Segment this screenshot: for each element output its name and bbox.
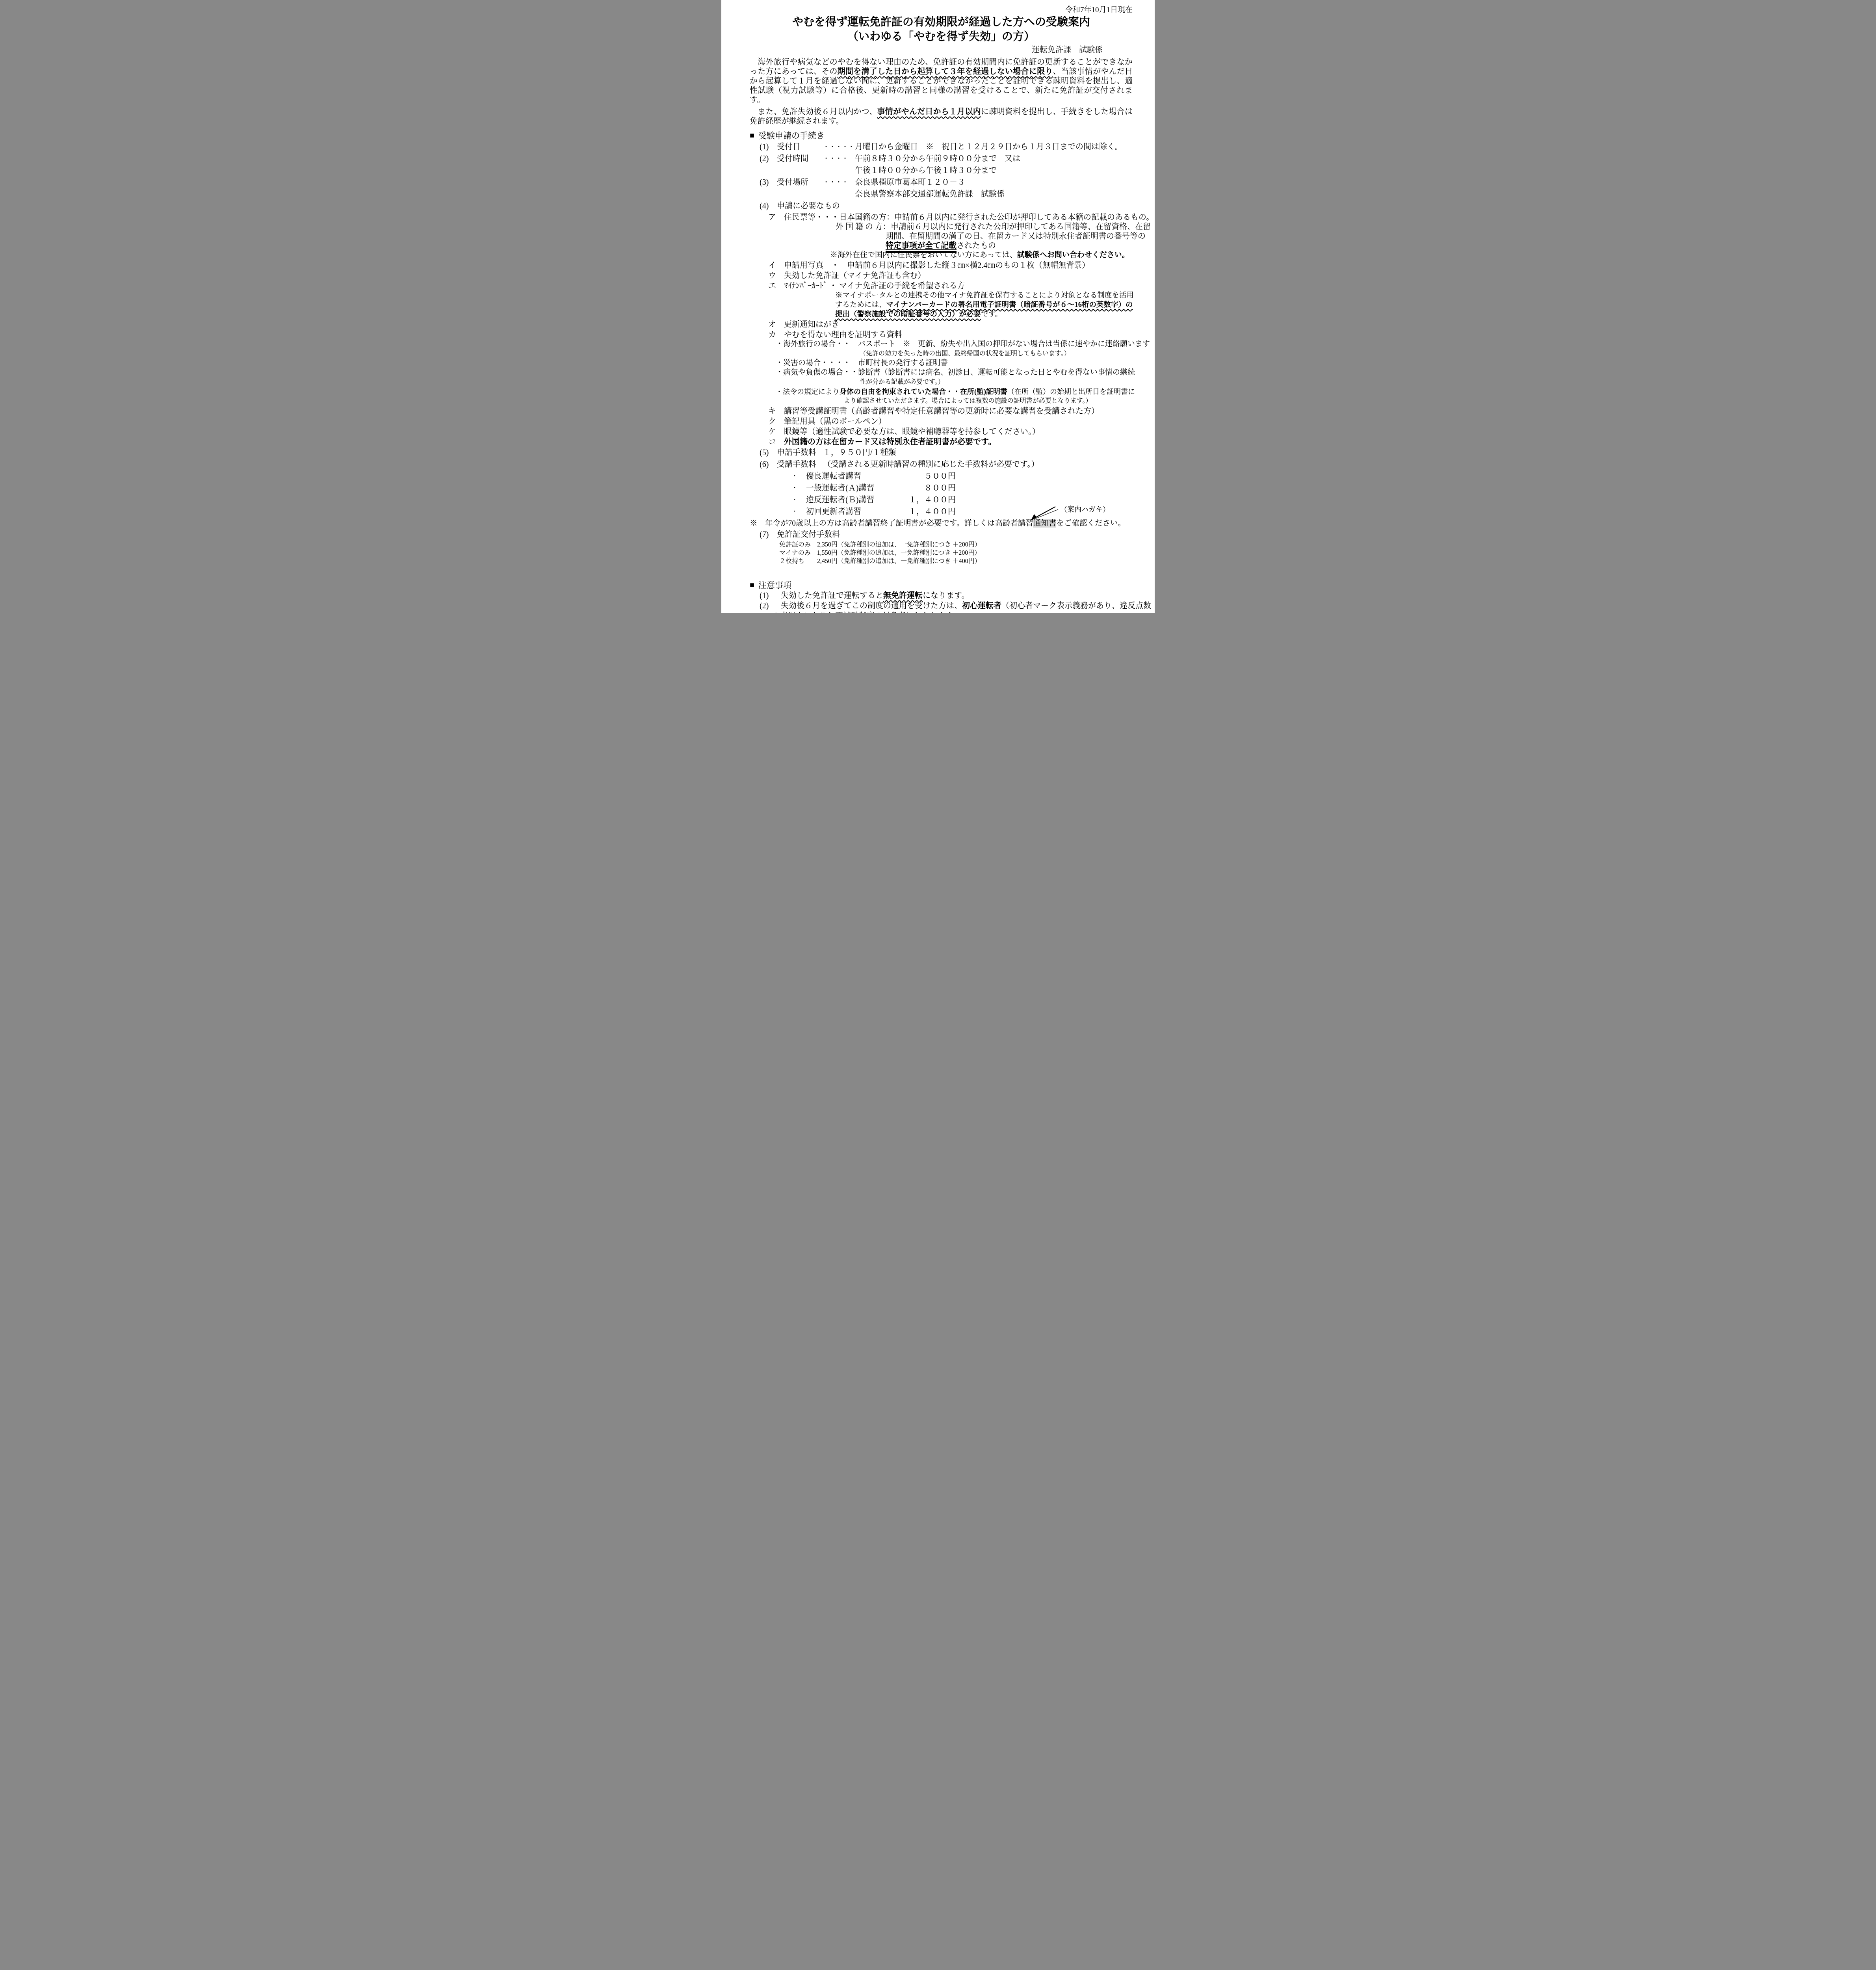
required-item-a-line-4: 特定事項が全て記載されたもの <box>750 241 1133 251</box>
procedure-item-7: (7)免許証交付手数料 <box>750 529 1133 541</box>
fee-row: ・一般運転者(Ａ)講習８００円 <box>750 482 1133 494</box>
main-title: やむを得ず運転免許証の有効期限が経過した方への受験案内 <box>750 15 1133 30</box>
black-square-icon: ■ <box>750 130 754 141</box>
kana-label: キ <box>768 407 784 416</box>
bullet-text-2: （在所（監）の始期と出所日を証明書に <box>1007 388 1135 396</box>
required-item-a-line-3: 期間、在留期間の満了の日、在留カード又は特別永住者証明書の番号等の <box>750 232 1133 241</box>
item-text: 更新通知はがき <box>784 320 839 329</box>
intro-p2-text: また、免許失効後６月以内かつ、 <box>750 108 877 116</box>
item-label: 免許証交付手数料 <box>777 529 840 541</box>
bold-emphasis: 身体の自由を拘束されていた場合・・在所(監)証明書 <box>840 388 1007 396</box>
bullet-icon: ・ <box>792 470 806 482</box>
section-heading-cautions: ■注意事項 <box>750 580 1133 591</box>
caution-2-line-2: ３点以上になると再試験制度の対象者）となります。 <box>750 611 1133 613</box>
caution-1: (1)失効した免許証で運転すると無免許運転になります。 <box>750 591 1133 601</box>
procedure-item-5: (5)申請手数料１，９５０円/１種類 <box>750 447 1133 459</box>
caution-text: 失効後６月を過ぎてこの制度の適用を受けた方は、初心運転者（初心者マーク表示義務が… <box>781 601 1151 611</box>
bullet-icon: ・ <box>792 482 806 494</box>
required-item-a-line-2: 外 国 籍 の 方：申請前６月以内に発行された公印が押印してある国籍等、在留資格… <box>750 222 1133 232</box>
item-number: (1) <box>760 591 781 601</box>
kana-label: カ <box>768 330 784 340</box>
issuance-fee-row: 免許証のみ 2,350円（免許種別の追加は、一免許種別につき ＋200円） <box>750 541 1133 549</box>
required-item-u: ウ失効した免許証（マイナ免許証も含む） <box>750 271 1133 281</box>
item-value: 奈良県橿原市葛本町１２０－３ <box>855 177 965 188</box>
leader-dots: ・・・・ <box>823 153 855 165</box>
item-label: 申請に必要なもの <box>777 200 840 212</box>
note-bold: 試験係へお問い合わせください。 <box>1017 251 1129 259</box>
required-item-ke: ケ眼鏡等（適性試験で必要な方は、眼鏡や補聴器等を持参してください。） <box>750 427 1133 437</box>
item-number: (4) <box>760 200 777 212</box>
bullet-icon: ・ <box>792 494 806 506</box>
date-line: 令和7年10月1日現在 <box>750 6 1133 15</box>
reason-bullet-detention: ・法令の規定により身体の自由を拘束されていた場合・・在所(監)証明書（在所（監）… <box>750 387 1133 396</box>
fee-price: ５００円 <box>905 470 956 482</box>
required-item-e-line-2: ※マイナポータルとの連携その他マイナ免許証を保有することにより対象となる制度を活… <box>750 291 1133 300</box>
caution-text-post: になります。 <box>923 591 969 600</box>
required-item-ka: カやむを得ない理由を証明する資料 <box>750 330 1133 340</box>
department-label: 運転免許課 試験係 <box>750 45 1133 55</box>
item-label: 申請手数料 <box>777 447 823 459</box>
procedure-item-3: (3)受付場所・・・・奈良県橿原市葛本町１２０－３ <box>750 177 1133 188</box>
intro-p2-emphasis: 事情がやんだ日から１月以内 <box>877 108 981 116</box>
item-text: やむを得ない理由を証明する資料 <box>784 330 902 340</box>
sub-title: （いわゆる「やむを得ず失効」の方） <box>750 30 1133 44</box>
procedure-item-1: (1)受付日・・・・・月曜日から金曜日 ※ 祝日と１２月２９日から１月３日までの… <box>750 141 1133 153</box>
item-text: 住民票等・・・日本国籍の方：申請前６月以内に発行された公印が押印してある本籍の記… <box>784 213 1154 222</box>
item-value: 午前８時３０分から午前９時００分まで 又は <box>855 153 1020 165</box>
required-item-ko: コ外国籍の方は在留カード又は特別永住者証明書が必要です。 <box>750 437 1133 447</box>
procedure-item-6: (6)受講手数料（受講される更新時講習の種別に応じた手数料が必要です。） <box>750 459 1133 470</box>
fee-name: 優良運転者講習 <box>806 470 905 482</box>
item-label: 受付場所 <box>777 177 823 188</box>
reason-bullet-illness-line-2: 性が分かる記載が必要です。） <box>750 377 1133 387</box>
senior-note: （案内ハガキ） ※ 年令が70歳以上の方は高齢者講習終了証明書が必要です。詳しく… <box>750 519 1133 529</box>
issuance-fee-row: マイナのみ 1,550円（免許種別の追加は、一免許種別につき ＋200円） <box>750 549 1133 557</box>
section-heading-procedure: ■受験申請の手続き <box>750 130 1133 141</box>
leader-dots: ・・・・・ <box>823 141 855 153</box>
item-number: (6) <box>760 459 777 470</box>
item-text: ﾏｲﾅﾝﾊﾞｰｶｰﾄﾞ ・ マイナ免許証の手続を希望される方 <box>784 281 965 291</box>
procedure-item-2: (2)受付時間・・・・午前８時３０分から午前９時００分まで 又は <box>750 153 1133 165</box>
item-text: されたもの <box>957 242 996 250</box>
fee-name: 初回更新者講習 <box>806 506 905 518</box>
item-label: 受付日 <box>777 141 823 153</box>
required-item-e-line-3: するためには、マイナンバーカードの署名用電子証明書（暗証番号が６～16桁の英数字… <box>750 300 1133 310</box>
item-label: 受付時間 <box>777 153 823 165</box>
item-text-bold: 外国籍の方は在留カード又は特別永住者証明書が必要です。 <box>784 437 996 447</box>
caution-text-pre: 失効した免許証で運転すると <box>781 591 883 600</box>
item-value: （受講される更新時講習の種別に応じた手数料が必要です。） <box>823 459 1039 470</box>
item-text: 眼鏡等（適性試験で必要な方は、眼鏡や補聴器等を持参してください。） <box>784 427 1040 437</box>
item-text: 筆記用具（黒のボールペン） <box>784 417 886 426</box>
caution-2: (2)失効後６月を過ぎてこの制度の適用を受けた方は、初心運転者（初心者マーク表示… <box>750 601 1133 611</box>
kana-label: ウ <box>768 271 784 281</box>
wavy-emphasis: 提出（警察施設での暗証番号の入力）が必要 <box>835 310 981 318</box>
caution-text-post: （初心者マーク表示義務があり、違反点数 <box>1001 602 1151 610</box>
required-item-a: ア住民票等・・・日本国籍の方：申請前６月以内に発行された公印が押印してある本籍の… <box>750 213 1133 222</box>
fee-name: 一般運転者(Ａ)講習 <box>806 482 905 494</box>
kana-label: ク <box>768 417 784 426</box>
leader-dots: ・・・・ <box>823 177 855 188</box>
issuance-fee-row: ２枚持ち 2,450円（免許種別の追加は、一免許種別につき ＋400円） <box>750 557 1133 565</box>
item-text: 失効した免許証（マイナ免許証も含む） <box>784 271 926 281</box>
item-number: (1) <box>760 141 777 153</box>
fee-price: ８００円 <box>905 482 956 494</box>
fee-price: １，４００円 <box>905 506 956 518</box>
reason-bullet-overseas: ・海外旅行の場合・・ パスポート ※ 更新、紛失や出入国の押印がない場合は当係に… <box>750 340 1133 349</box>
procedure-item-4: (4)申請に必要なもの <box>750 200 1133 212</box>
caution-text-pre: 失効後６月を過ぎてこの制度の適用を受けた方は、 <box>781 602 962 610</box>
document-page: 令和7年10月1日現在 やむを得ず運転免許証の有効期限が経過した方への受験案内 … <box>721 0 1155 613</box>
required-item-e: エﾏｲﾅﾝﾊﾞｰｶｰﾄﾞ ・ マイナ免許証の手続を希望される方 <box>750 281 1133 291</box>
section-heading-cautions-label: 注意事項 <box>758 580 791 591</box>
required-item-a-note: ※海外在住で国内に住民票をおいてない方にあっては、試験係へお問い合わせください。 <box>750 251 1133 260</box>
required-item-ki: キ講習等受講証明書（高齢者講習や特定任意講習等の更新時に必要な講習を受講された方… <box>750 407 1133 416</box>
item-number: (5) <box>760 447 777 459</box>
note-text-2: をご確認ください。 <box>1056 519 1126 528</box>
item-text: です。 <box>981 310 1002 318</box>
wavy-emphasis: マイナンバーカードの署名用電子証明書（暗証番号が６～16桁の英数字）の <box>886 301 1133 309</box>
item-text: 講習等受講証明書（高齢者講習や特定任意講習等の更新時に必要な講習を受講された方） <box>784 407 1099 416</box>
kana-label: エ <box>768 281 784 291</box>
item-label: 受講手数料 <box>777 459 823 470</box>
intro-paragraph-1: 海外旅行や病気などのやむを得ない理由のため、免許証の有効期間内に免許証の更新する… <box>750 58 1133 105</box>
required-item-e-line-4: 提出（警察施設での暗証番号の入力）が必要です。 <box>750 310 1133 319</box>
item-value: １，９５０円/１種類 <box>823 447 896 459</box>
item-number: (3) <box>760 177 777 188</box>
fee-price: １，４００円 <box>905 494 956 506</box>
item-text: するためには、 <box>835 301 886 309</box>
reason-bullet-overseas-line-2: （免許の効力を失った時の出国、最終帰国の状況を証明してもらいます。） <box>750 349 1133 359</box>
reason-bullet-illness: ・病気や負傷の場合・・診断書（診断書には病名、初診日、運転可能となった日とやむを… <box>750 368 1133 377</box>
item-number: (7) <box>760 529 777 541</box>
bullet-text: ・法令の規定により <box>776 388 840 396</box>
required-item-o: オ更新通知はがき <box>750 320 1133 329</box>
reason-bullet-disaster: ・災害の場合・・・・ 市町村長の発行する証明書 <box>750 359 1133 368</box>
kana-label: コ <box>768 437 784 447</box>
kana-label: ア <box>768 213 784 222</box>
reason-bullet-detention-line-2: より確認させていただきます。場合によっては複数の施設の証明書が必要となります。） <box>750 396 1133 406</box>
hand-drawn-arrow-icon <box>1028 506 1059 522</box>
fee-name: 違反運転者(Ｂ)講習 <box>806 494 905 506</box>
hagaki-annotation: （案内ハガキ） <box>1060 504 1110 515</box>
bold-emphasis: 初心運転者 <box>962 602 1001 610</box>
kana-label: イ <box>768 261 784 270</box>
item-text: 申請用写真 ・ 申請前６月以内に撮影した縦３㎝×横2.4㎝のもの１枚（無帽無背景… <box>784 261 1090 270</box>
section-heading-procedure-label: 受験申請の手続き <box>758 130 825 141</box>
wavy-emphasis: 無免許運転 <box>883 591 923 600</box>
required-item-ku: ク筆記用具（黒のボールペン） <box>750 417 1133 426</box>
bullet-icon: ・ <box>792 506 806 518</box>
item-value: 月曜日から金曜日 ※ 祝日と１２月２９日から１月３日までの間は除く。 <box>855 141 1123 153</box>
item-number: (2) <box>760 601 781 611</box>
item-number: (2) <box>760 153 777 165</box>
note-text: ※ 年令が70歳以上の方は高齢者講習終了証明書が必要です。詳しくは高齢者講習 <box>750 519 1033 528</box>
fee-row: ・優良運転者講習５００円 <box>750 470 1133 482</box>
procedure-item-3-line-2: 奈良県警察本部交通部運転免許課 試験係 <box>750 188 1133 200</box>
intro-paragraph-2: また、免許失効後６月以内かつ、事情がやんだ日から１月以内に疎明資料を提出し、手続… <box>750 107 1133 126</box>
caution-text: 失効した免許証で運転すると無免許運転になります。 <box>781 591 969 601</box>
black-square-icon: ■ <box>750 580 754 591</box>
kana-label: オ <box>768 320 784 329</box>
kana-label: ケ <box>768 427 784 437</box>
required-item-i: イ申請用写真 ・ 申請前６月以内に撮影した縦３㎝×横2.4㎝のもの１枚（無帽無背… <box>750 261 1133 270</box>
intro-p1-emphasis: 期間を満了した日から起算して３年を経過しない場合に限り <box>838 67 1053 76</box>
procedure-item-2-line-2: 午後１時００分から午後１時３０分まで <box>750 165 1133 177</box>
note-text: ※海外在住で国内に住民票をおいてない方にあっては、 <box>830 251 1017 259</box>
